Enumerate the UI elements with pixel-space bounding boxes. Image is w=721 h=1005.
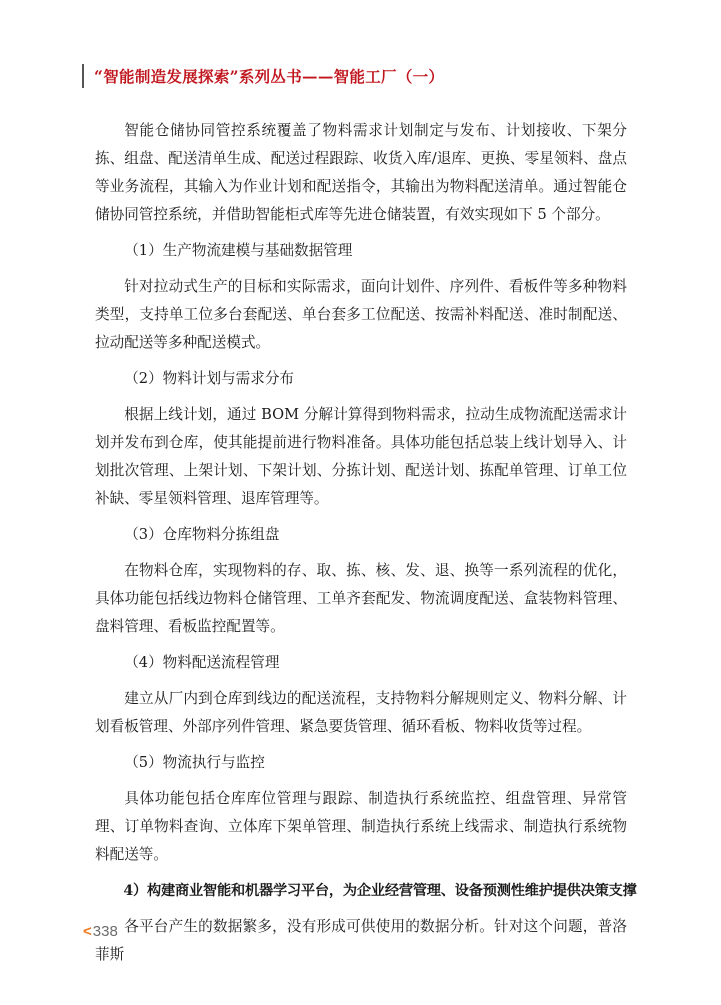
page-content: 智能仓储协同管控系统覆盖了物料需求计划制定与发布、计划接收、下架分拣、组盘、配送… (95, 117, 627, 977)
book-series-title: “智能制造发展探索”系列丛书——智能工厂（一） (94, 65, 444, 87)
section-heading-2: （2）物料计划与需求分布 (95, 365, 627, 393)
intro-paragraph: 智能仓储协同管控系统覆盖了物料需求计划制定与发布、计划接收、下架分拣、组盘、配送… (95, 117, 627, 229)
section-heading-3: （3）仓库物料分拣组盘 (95, 521, 627, 549)
section-heading-1: （1）生产物流建模与基础数据管理 (95, 237, 627, 265)
running-header: “智能制造发展探索”系列丛书——智能工厂（一） (82, 64, 444, 88)
section-heading-5: （5）物流执行与监控 (95, 749, 627, 777)
section-text-4: 建立从厂内到仓库到线边的配送流程，支持物料分解规则定义、物料分解、计划看板管理、… (95, 685, 627, 741)
page-number: 338 (93, 923, 118, 940)
section-heading-4: （4）物料配送流程管理 (95, 649, 627, 677)
header-divider-bar (82, 64, 84, 88)
section-text-1: 针对拉动式生产的目标和实际需求，面向计划件、序列件、看板件等多种物料类型，支持单… (95, 273, 627, 357)
section-text-3: 在物料仓库，实现物料的存、取、拣、核、发、退、换等一系列流程的优化，具体功能包括… (95, 557, 627, 641)
closing-paragraph: 各平台产生的数据繁多，没有形成可供使用的数据分析。针对这个问题，普洛菲斯 (95, 913, 627, 969)
section-text-2: 根据上线计划，通过 BOM 分解计算得到物料需求，拉动生成物流配送需求计划并发布… (95, 401, 627, 513)
page-footer: < 338 (83, 923, 118, 940)
page-arrow-icon: < (83, 923, 92, 940)
section-text-5: 具体功能包括仓库库位管理与跟踪、制造执行系统监控、组盘管理、异常管理、订单物料查… (95, 785, 627, 869)
bold-section-heading: 4）构建商业智能和机器学习平台，为企业经营管理、设备预测性维护提供决策支撑 (95, 877, 627, 905)
